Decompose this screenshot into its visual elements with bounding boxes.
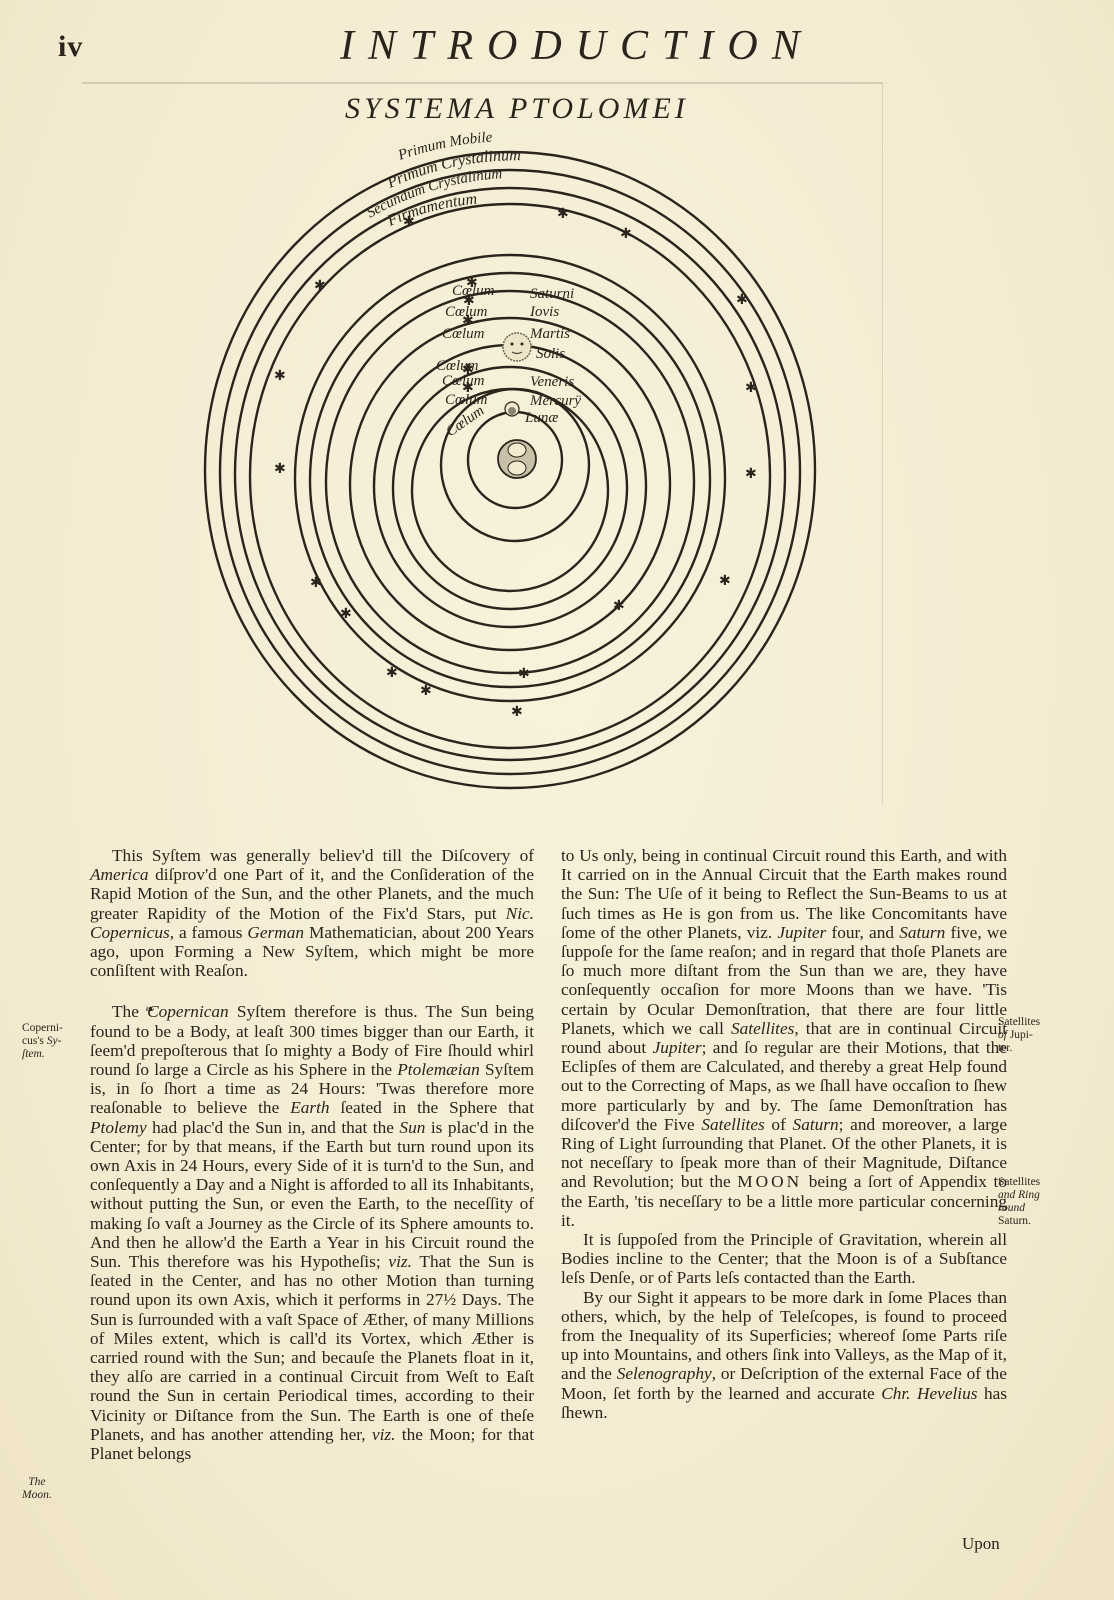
label-saturni: Saturni	[530, 286, 574, 302]
page-number: iv	[58, 30, 83, 64]
concentric-spheres: ✱ ✱ ✱ ✱ ✱ ✱ ✱ ✱ ✱ ✱ ✱ ✱ ✱ ✱ ✱ ✱ ✱ ✱ ✱ ✱ …	[190, 130, 830, 800]
text-column-right: to Us only, being in continual Circuit r…	[561, 846, 1007, 1422]
paragraph-copernican-system: The Copernican Syſtem therefore is thus.…	[90, 1002, 534, 1463]
margin-note-satellites-jupiter: Satellites of Jupi- ter.	[998, 1016, 1040, 1055]
sun-face-icon	[503, 333, 531, 361]
svg-text:✱: ✱	[274, 368, 286, 384]
svg-text:✱: ✱	[613, 598, 625, 614]
label-coelum-saturni-a: Cœlum	[452, 283, 495, 299]
svg-text:✱: ✱	[518, 666, 530, 682]
moon-icon	[505, 402, 519, 416]
svg-text:✱: ✱	[557, 206, 569, 222]
svg-text:✱: ✱	[719, 573, 731, 589]
paragraph-gravitation: It is ſuppoſed from the Principle of Gra…	[561, 1230, 1007, 1288]
label-coelum-veneris-a: Cœlum	[442, 373, 485, 389]
plate-title: SYSTEMA PTOLOMEI	[345, 92, 689, 126]
label-veneris: Veneris	[530, 374, 574, 390]
svg-text:✱: ✱	[620, 226, 632, 242]
paragraph-selenography: By our Sight it appears to be more dark …	[561, 1288, 1007, 1422]
earth-icon	[498, 440, 536, 478]
svg-text:✱: ✱	[511, 704, 523, 720]
label-coelum-martis-a: Cœlum	[442, 326, 485, 342]
svg-text:✱: ✱	[420, 683, 432, 699]
label-coelum-iovis-a: Cœlum	[445, 304, 488, 320]
ptolemaic-system-diagram: ✱ ✱ ✱ ✱ ✱ ✱ ✱ ✱ ✱ ✱ ✱ ✱ ✱ ✱ ✱ ✱ ✱ ✱ ✱ ✱ …	[190, 130, 830, 800]
label-coelum-solis-a: Cœlum	[436, 358, 479, 374]
label-lunae: Lunæ	[524, 410, 558, 426]
label-coelum-mercurii-a: Cœlum	[445, 392, 488, 408]
catchword: Upon	[962, 1534, 1000, 1554]
paragraph-moon-use: to Us only, being in continual Circuit r…	[561, 846, 1007, 1230]
svg-text:✱: ✱	[274, 461, 286, 477]
margin-note-the-moon: The Moon.	[22, 1476, 52, 1502]
svg-text:✱: ✱	[310, 575, 322, 591]
paragraph-system-believed: This Syſtem was generally believ'd till …	[90, 846, 534, 980]
label-solis: Solis	[536, 346, 565, 362]
svg-text:✱: ✱	[745, 466, 757, 482]
margin-note-satellites-saturn: Satellites and Ring round Saturn.	[998, 1176, 1040, 1228]
margin-note-copernicus-system: Coperni- cus's Sy- ſtem.	[22, 1022, 63, 1061]
svg-text:✱: ✱	[340, 606, 352, 622]
label-mercurii: Mercurÿ	[529, 393, 581, 409]
svg-text:✱: ✱	[745, 380, 757, 396]
ornament-icon: ❧	[145, 1002, 155, 1017]
text-column-left: This Syſtem was generally believ'd till …	[90, 846, 534, 1463]
svg-text:✱: ✱	[736, 292, 748, 308]
label-martis: Martis	[529, 326, 570, 342]
running-head: INTRODUCTION	[340, 22, 814, 70]
svg-text:✱: ✱	[386, 665, 398, 681]
svg-text:✱: ✱	[314, 278, 326, 294]
label-iovis: Iovis	[529, 304, 559, 320]
